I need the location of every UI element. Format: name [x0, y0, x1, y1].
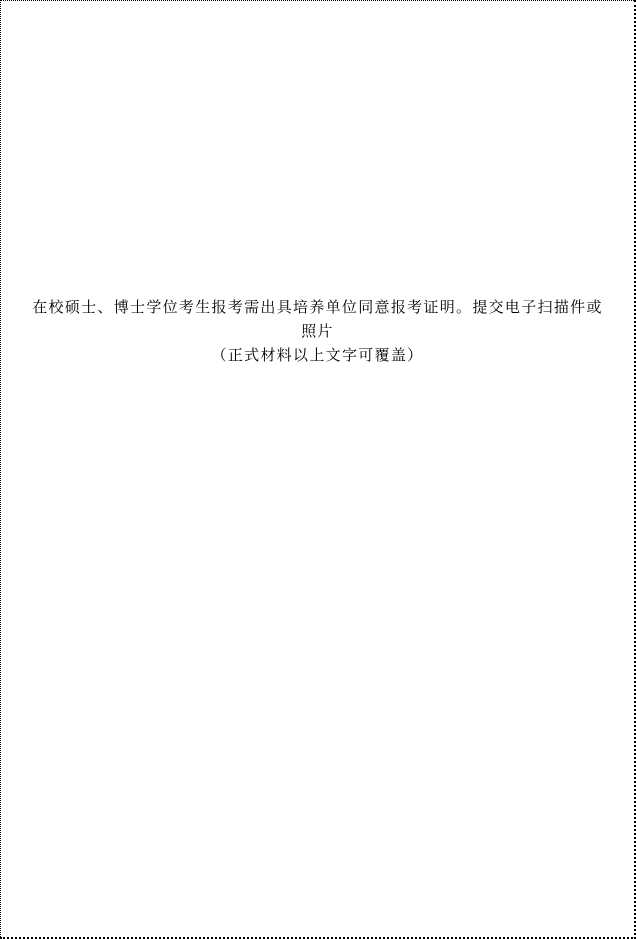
instruction-line-1: 在校硕士、博士学位考生报考需出具培养单位同意报考证明。提交电子扫描件或: [7, 295, 628, 319]
overwrite-note: （正式材料以上文字可覆盖）: [7, 343, 628, 367]
placeholder-text-block: 在校硕士、博士学位考生报考需出具培养单位同意报考证明。提交电子扫描件或 照片 （…: [1, 295, 634, 367]
instruction-line-2: 照片: [7, 319, 628, 343]
document-page: 在校硕士、博士学位考生报考需出具培养单位同意报考证明。提交电子扫描件或 照片 （…: [0, 0, 636, 939]
